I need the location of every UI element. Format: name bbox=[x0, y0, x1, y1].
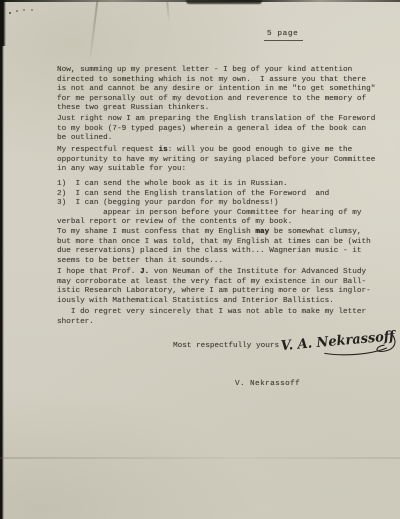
paragraph-english: To my shame I must confess that my Engli… bbox=[57, 228, 397, 266]
line-segment: : will you be good enough to give me the bbox=[168, 146, 353, 154]
list-item: 1) I can send the whole book as it is in… bbox=[57, 180, 397, 190]
paper-crease bbox=[166, 0, 170, 22]
handwritten-signature: V. A. Nekrassoff bbox=[280, 325, 400, 365]
emphasized-word: is bbox=[159, 146, 168, 154]
line-segment: von Neuman of the Institute for Advanced… bbox=[149, 268, 366, 276]
line-segment: To my shame I must confess that my Engli… bbox=[57, 228, 255, 236]
emphasized-initial: J. bbox=[140, 268, 149, 276]
letter-line: Just right now I am preparing the Englis… bbox=[57, 115, 397, 125]
line-segment: be somewhat clumsy, bbox=[269, 228, 361, 236]
letter-line: My respectful request is: will you be go… bbox=[57, 146, 397, 156]
letter-line: for me personally out of my devotion and… bbox=[57, 95, 397, 105]
paper-crease bbox=[89, 0, 98, 58]
paper-crease-horizontal bbox=[0, 457, 400, 459]
letter-line: I do regret very sincerely that I was no… bbox=[57, 308, 397, 318]
list-item-continuation: appear in person before your Committee f… bbox=[57, 209, 397, 219]
list-item: 2) I can send the English translation of… bbox=[57, 190, 397, 200]
signature-svg: V. A. Nekrassoff bbox=[280, 325, 400, 365]
letter-line: directed to something which is not my ow… bbox=[57, 76, 397, 86]
paragraph-request: My respectful request is: will you be go… bbox=[57, 146, 397, 175]
letter-line: I hope that Prof. J. von Neuman of the I… bbox=[57, 268, 397, 278]
letter-line: may corroborate at least the very fact o… bbox=[57, 278, 397, 288]
scan-edge-left-top bbox=[0, 0, 6, 46]
letter-line: iously with Mathematical Statistics and … bbox=[57, 297, 397, 307]
list-item: 3) I can (begging your pardon for my bol… bbox=[57, 199, 397, 209]
scan-edge-left bbox=[0, 0, 4, 519]
paragraph-von-neuman: I hope that Prof. J. von Neuman of the I… bbox=[57, 268, 397, 306]
emphasized-word: may bbox=[255, 228, 269, 236]
paper-speck bbox=[9, 12, 11, 14]
paper-speck bbox=[23, 9, 25, 11]
letter-line: Now, summing up my present letter - I be… bbox=[57, 66, 397, 76]
options-list: 1) I can send the whole book as it is in… bbox=[57, 180, 397, 228]
letter-line: to my book (7-9 typed pages) wherein a g… bbox=[57, 125, 397, 135]
list-item-continuation: verbal report or review of the contents … bbox=[57, 218, 397, 228]
paragraph-foreword: Just right now I am preparing the Englis… bbox=[57, 115, 397, 144]
paper-fold-shadow bbox=[186, 0, 262, 4]
paper-speck bbox=[16, 10, 18, 12]
typed-signature-name: V. Nekrassoff bbox=[235, 380, 397, 390]
paper-speck bbox=[31, 9, 33, 11]
page-number-label: 5 page bbox=[264, 30, 303, 41]
letter-line: opportunity to have my writing or saying… bbox=[57, 156, 397, 166]
line-segment: My respectful request bbox=[57, 146, 159, 154]
letter-line: be outlined. bbox=[57, 134, 397, 144]
letter-line: istic Research Laboratory, where I am pu… bbox=[57, 287, 397, 297]
letter-line: in any way suitable for you: bbox=[57, 165, 397, 175]
paragraph-summary: Now, summing up my present letter - I be… bbox=[57, 66, 397, 114]
letter-line: To my shame I must confess that my Engli… bbox=[57, 228, 397, 238]
letter-line: these two great Russian thinkers. bbox=[57, 104, 397, 114]
line-segment: I hope that Prof. bbox=[57, 268, 140, 276]
letter-line: seems to be better than it sounds... bbox=[57, 257, 397, 267]
letter-line: is not and cannot be any desire or inten… bbox=[57, 85, 397, 95]
scanned-letter-page: 5 page Now, summing up my present letter… bbox=[0, 0, 400, 519]
letter-line: due reservations) placed in the class wi… bbox=[57, 247, 397, 257]
letter-line: but more than once I was told, that my E… bbox=[57, 238, 397, 248]
